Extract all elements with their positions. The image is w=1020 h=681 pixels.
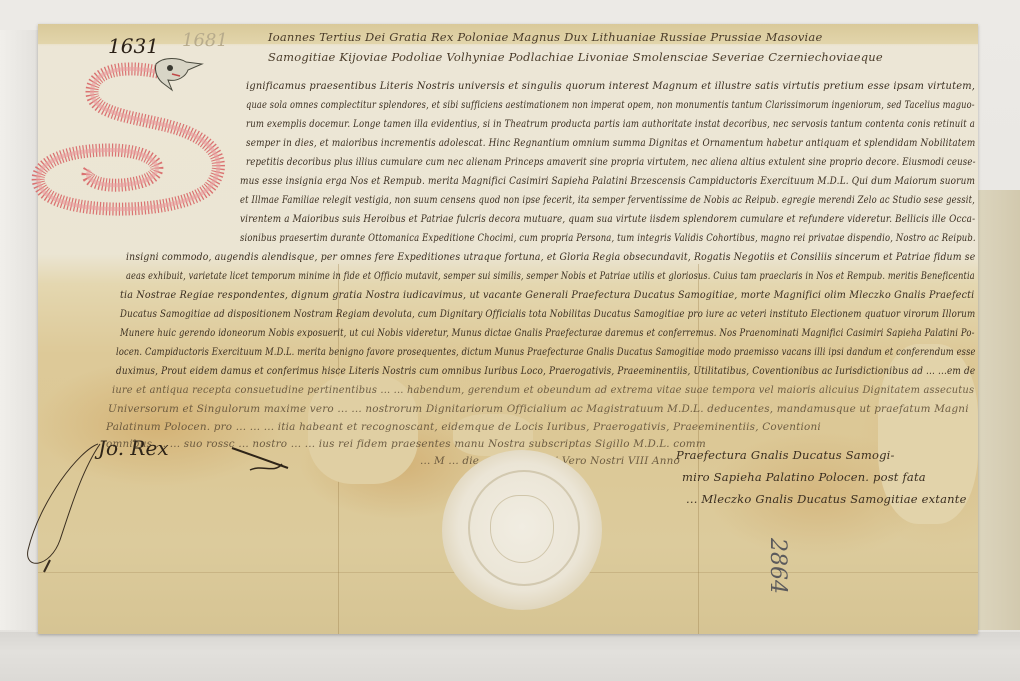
body-line: tia Nostrae Regiae respondentes, dignum … <box>120 289 974 301</box>
body-line: duximus, Prout eidem damus et conferimus… <box>116 365 975 377</box>
body-line: Palatinum Polocen. pro ... ... ... itia … <box>106 421 821 433</box>
body-line: quae sola omnes complectitur splendores,… <box>246 99 975 111</box>
body-line: locen. Campiductoris Exercituum M.D.L. m… <box>116 346 976 358</box>
body-line: sionibus praesertim durante Ottomanica E… <box>240 232 976 244</box>
body-line: mus esse insignia erga Nos et Rempub. me… <box>240 175 975 187</box>
body-line: Universorum et Singulorum maxime vero ..… <box>108 403 969 415</box>
body-line: semper in dies, et maioribus incrementis… <box>246 137 975 149</box>
bottom-mounting-sheet <box>0 632 1020 681</box>
signature-mark-icon <box>228 440 298 480</box>
body-line: aeas exhibuit, varietate licet temporum … <box>126 270 975 282</box>
header-line: Ioannes Tertius Dei Gratia Rex Poloniae … <box>268 30 823 44</box>
serpent-initial-icon <box>30 52 240 222</box>
body-line: omnibus ... ... suo rossc ... nostro ...… <box>106 438 706 450</box>
body-line: insigni commodo, augendis alendisque, pe… <box>126 251 975 263</box>
header-line: Samogitiae Kijoviae Podoliae Volhyniae P… <box>268 50 883 64</box>
body-line: repetitis decoribus plus illius cumulare… <box>246 156 976 168</box>
closing-line: Praefectura Gnalis Ducatus Samogi- <box>676 448 895 462</box>
body-line: iure et antiqua recepta consuetudine per… <box>112 384 974 396</box>
closing-line: miro Sapieha Palatino Polocen. post fata <box>682 470 926 484</box>
seal-coat-of-arms <box>490 495 554 563</box>
body-line: Ducatus Samogitiae ad dispositionem Nost… <box>120 308 975 320</box>
royal-signature: Jo. Rex <box>98 436 169 460</box>
body-line: ignificamus praesentibus Literis Nostris… <box>246 80 975 92</box>
body-line: virentem a Maioribus suis Heroibus et Pa… <box>240 213 975 225</box>
body-line: Munere huic gerendo idoneorum Nobis expo… <box>120 327 975 339</box>
body-line: rum exemplis docemur. Longe tamen illa e… <box>246 118 975 130</box>
closing-line: ... Mleczko Gnalis Ducatus Samogitiae ex… <box>686 492 967 506</box>
shelfmark-number: 2864 <box>765 538 790 594</box>
signature-flourish-icon <box>20 430 110 580</box>
right-underlying-sheet <box>975 190 1020 630</box>
year-annotation-faint: 1681 <box>182 30 228 51</box>
body-line: et Illmae Familiae relegit vestigia, non… <box>240 194 975 206</box>
